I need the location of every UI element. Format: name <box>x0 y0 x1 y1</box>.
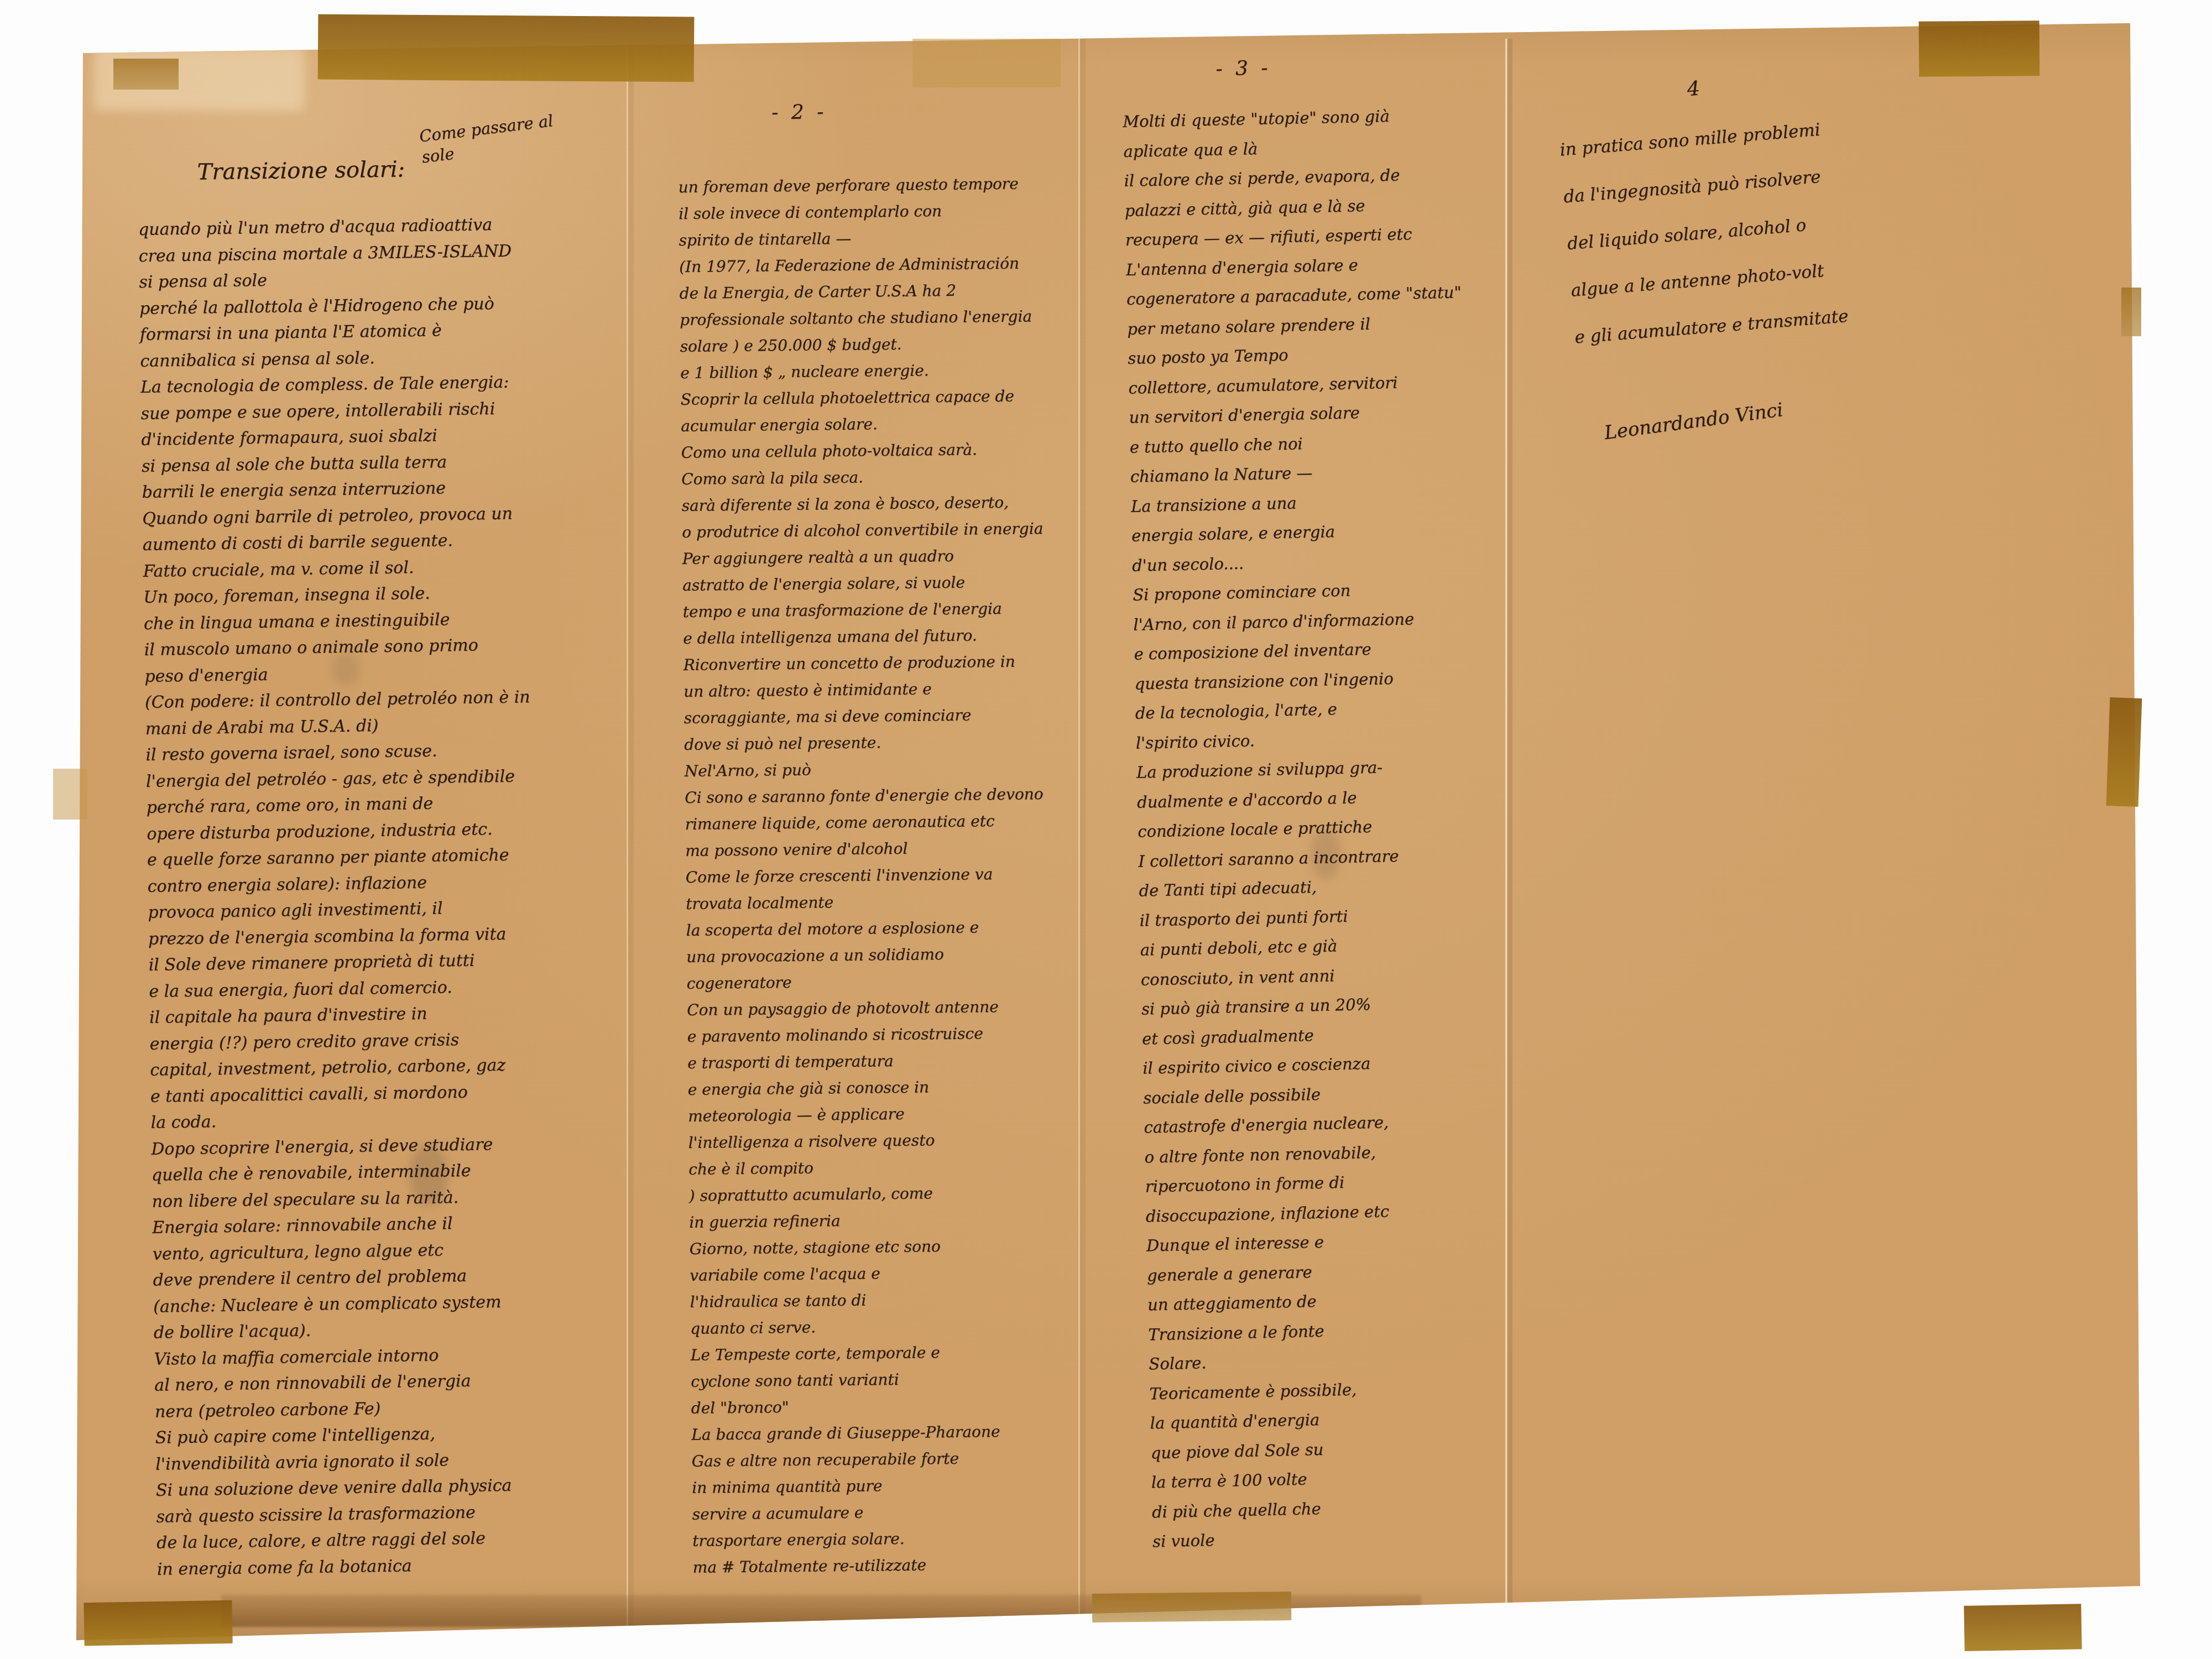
handwritten-line: ma # Totalmente re-utilizzate <box>692 1551 1054 1581</box>
handwritten-line: cogeneratore <box>686 967 1048 997</box>
handwritten-line: Si una soluzione deve venire dalla physi… <box>156 1472 541 1504</box>
handwritten-line: spirito de tintarella — <box>679 223 1040 254</box>
handwritten-line: un foreman deve perforare questo tempore <box>678 170 1040 201</box>
handwritten-line: de la Energia, de Carter U.S.A ha 2 <box>679 276 1041 307</box>
handwritten-line: tempo e una trasformazione de l'energia <box>682 595 1044 625</box>
handwritten-line: in energia come fa la botanica <box>157 1551 542 1583</box>
handwritten-line: Riconvertire un concetto de produzione i… <box>683 648 1045 679</box>
handwritten-line: e quelle forze saranno per piante atomic… <box>147 842 533 873</box>
handwritten-line: Scoprir la cellula photoelettrica capace… <box>680 383 1042 413</box>
page-4-lines: in pratica sono mille problemida l'ingeg… <box>1558 106 1850 362</box>
page-1-lines: quando più l'un metro d'acqua radioattiv… <box>138 211 542 1582</box>
handwritten-line: trovata localmente <box>686 887 1047 917</box>
handwritten-line: sarà diferente si la zona è bosco, deser… <box>681 489 1043 519</box>
handwritten-line: un altro: questo è intimidante e <box>684 675 1045 705</box>
handwritten-line: acumular energia solare. <box>681 409 1042 440</box>
handwritten-line: o produtrice di alcohol convertibile in … <box>682 515 1044 546</box>
handwritten-line: e energia che già si conosce in <box>687 1073 1049 1103</box>
handwritten-line: scoraggiante, ma si deve cominciare <box>684 701 1045 732</box>
handwritten-line: (Con podere: il controllo del petroléo n… <box>145 684 530 716</box>
handwritten-line: variabile come l'acqua e <box>690 1259 1051 1289</box>
handwritten-line: crea una piscina mortale a 3MILES-ISLAND <box>138 238 524 269</box>
page-4-number: 4 <box>1686 77 1704 101</box>
sheet-seam-3 <box>1505 39 1513 1626</box>
handwritten-line: Gas e altre non recuperabile forte <box>691 1444 1053 1475</box>
tape-top-center <box>912 39 1061 87</box>
handwritten-line: cyclone sono tanti varianti <box>691 1365 1052 1395</box>
tape-bottom-left <box>84 1600 232 1646</box>
page-2-lines: un foreman deve perforare questo tempore… <box>678 170 1054 1581</box>
tape-top-left-small <box>113 59 179 90</box>
handwritten-line: perché la pallottola è l'Hidrogeno che p… <box>139 290 525 322</box>
handwritten-line: Con un paysaggio de photovolt antenne <box>687 993 1048 1024</box>
handwritten-line: de la luce, calore, e altre raggi del so… <box>156 1525 542 1556</box>
handwritten-line: l'hidraulica se tanto di <box>690 1285 1051 1316</box>
tape-top-right <box>1919 20 2040 77</box>
tape-bottom-center <box>1092 1592 1292 1623</box>
handwritten-line: del "bronco" <box>691 1391 1052 1422</box>
handwritten-line: trasportare energia solare. <box>692 1524 1054 1554</box>
tape-bottom-right <box>1964 1604 2081 1651</box>
handwritten-line: Dopo scoprire l'energia, si deve studiar… <box>151 1131 536 1162</box>
handwritten-line: solare ) e 250.000 $ budget. <box>680 330 1041 360</box>
handwritten-line: la scoperta del motore a esplosione e <box>686 914 1047 944</box>
handwritten-line: il sole invece di contemplarlo con <box>679 197 1040 227</box>
handwritten-line: astratto de l'energia solare, si vuole <box>682 568 1044 599</box>
handwritten-line: dove si può nel presente. <box>684 728 1046 758</box>
handwritten-line: La bacca grande di Giuseppe-Pharaone <box>691 1418 1053 1448</box>
sheet-seam-1 <box>627 39 634 1626</box>
handwritten-line: Come le forze crescenti l'invenzione va <box>685 860 1047 891</box>
handwritten-line: prezzo de l'energia scombina la forma vi… <box>148 921 534 952</box>
handwritten-line: l'intelligenza a risolvere questo <box>688 1126 1050 1156</box>
handwritten-line: rimanere liquide, come aeronautica etc <box>685 807 1046 838</box>
handwritten-line: sue pompe e sue opere, intollerabili ris… <box>140 395 526 427</box>
tape-left-middle <box>53 769 87 820</box>
page-2-number: - 2 - <box>771 101 827 124</box>
handwritten-line: ) soprattutto acumularlo, come <box>688 1179 1050 1209</box>
handwritten-line: Nel'Arno, si può <box>684 754 1046 785</box>
handwritten-line: una provocazione a un solidiamo <box>686 940 1048 971</box>
handwritten-line: che è il compito <box>688 1152 1050 1183</box>
tape-top-left <box>318 14 695 82</box>
tape-right-middle <box>2106 697 2142 807</box>
handwritten-line: in minima quantità pure <box>692 1471 1053 1501</box>
tape-right-upper <box>2121 288 2141 336</box>
handwritten-line: l'energia del petroléo - gas, etc è spen… <box>146 763 531 795</box>
handwritten-line: Como una cellula photo-voltaica sarà. <box>681 436 1042 466</box>
handwritten-line: servire a acumulare e <box>692 1498 1053 1528</box>
handwritten-line: e trasporti di temperatura <box>687 1046 1049 1077</box>
photograph: Come passare al sole Transizione solari:… <box>0 0 2212 1659</box>
page-3-lines: Molti di queste "utopie" sono giàaplicat… <box>1123 100 1488 1557</box>
handwritten-line: professionale soltanto che studiano l'en… <box>680 303 1041 333</box>
handwritten-line: (In 1977, la Federazione de Administraci… <box>679 250 1041 280</box>
handwritten-line: Le Tempeste corte, temporale e <box>690 1338 1052 1369</box>
handwritten-line: quanto ci serve. <box>690 1312 1052 1342</box>
handwritten-line: e paravento molinando si ricostruisce <box>687 1020 1048 1050</box>
page-3-number: - 3 - <box>1215 56 1271 80</box>
handwritten-line: ma possono venire d'alcohol <box>685 834 1047 864</box>
handwritten-line: Como sarà la pila seca. <box>681 462 1043 493</box>
sheet-seam-2 <box>1078 39 1086 1626</box>
handwritten-line: e della intelligenza umana del futuro. <box>683 622 1045 652</box>
handwritten-line: in guerzia refineria <box>689 1206 1051 1236</box>
handwritten-line: Quando ogni barrile di petroleo, provoca… <box>142 500 528 532</box>
handwritten-line: meteorologia — è applicare <box>688 1099 1050 1130</box>
handwritten-line: il muscolo umano o animale sono primo <box>144 632 529 663</box>
page-title: Transizione solari: <box>197 156 405 185</box>
handwritten-line: (anche: Nucleare è un complicato system <box>153 1288 539 1320</box>
handwritten-line: Per aggiungere realtà a un quadro <box>682 542 1044 572</box>
handwritten-line: Ci sono e saranno fonte d'energie che de… <box>685 781 1046 811</box>
handwritten-line: Giorno, notte, stagione etc sono <box>689 1232 1051 1262</box>
handwritten-line: capital, investment, petrolio, carbone, … <box>150 1052 535 1083</box>
handwritten-line: e 1 billion $ „ nucleare energie. <box>680 356 1042 387</box>
